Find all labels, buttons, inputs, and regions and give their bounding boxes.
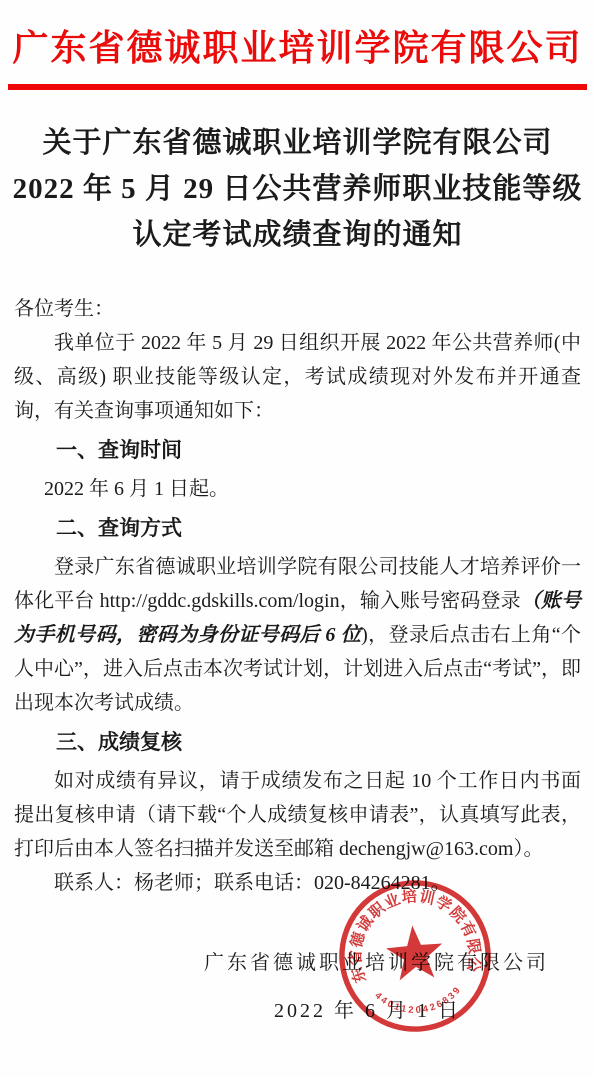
contact-line: 联系人：杨老师；联系电话：020-84264281。	[14, 866, 581, 900]
section3-heading: 三、成绩复核	[14, 728, 581, 758]
notice-title: 关于广东省德诚职业培训学院有限公司 2022 年 5 月 29 日公共营养师职业…	[0, 120, 595, 258]
salutation: 各位考生：	[14, 292, 581, 326]
section1-heading: 一、查询时间	[14, 436, 581, 466]
notice-title-line2: 2022 年 5 月 29 日公共营养师职业技能等级	[0, 166, 595, 212]
section2-text-normal-1: 登录广东省德诚职业培训学院有限公司技能人才培养评价一体化平台 http://gd…	[14, 556, 581, 612]
signature-date: 2022 年 6 月 1 日	[14, 994, 581, 1028]
section3-text: 如对成绩有异议，请于成绩发布之日起 10 个工作日内书面提出复核申请（请下载“个…	[14, 764, 581, 866]
section2-heading: 二、查询方式	[14, 514, 581, 544]
section2-text: 登录广东省德诚职业培训学院有限公司技能人才培养评价一体化平台 http://gd…	[14, 550, 581, 720]
notice-document: 广东省德诚职业培训学院有限公司 关于广东省德诚职业培训学院有限公司 2022 年…	[0, 0, 595, 1077]
notice-title-line1: 关于广东省德诚职业培训学院有限公司	[0, 120, 595, 166]
letterhead-divider-line	[8, 84, 587, 90]
letterhead-company-name: 广东省德诚职业培训学院有限公司	[0, 0, 595, 71]
notice-title-line3: 认定考试成绩查询的通知	[0, 212, 595, 258]
intro-paragraph: 我单位于 2022 年 5 月 29 日组织开展 2022 年公共营养师(中级、…	[14, 326, 581, 428]
notice-body: 各位考生： 我单位于 2022 年 5 月 29 日组织开展 2022 年公共营…	[14, 292, 581, 1028]
signature-company-name: 广东省德诚职业培训学院有限公司	[14, 946, 581, 980]
section1-text: 2022 年 6 月 1 日起。	[14, 472, 581, 506]
